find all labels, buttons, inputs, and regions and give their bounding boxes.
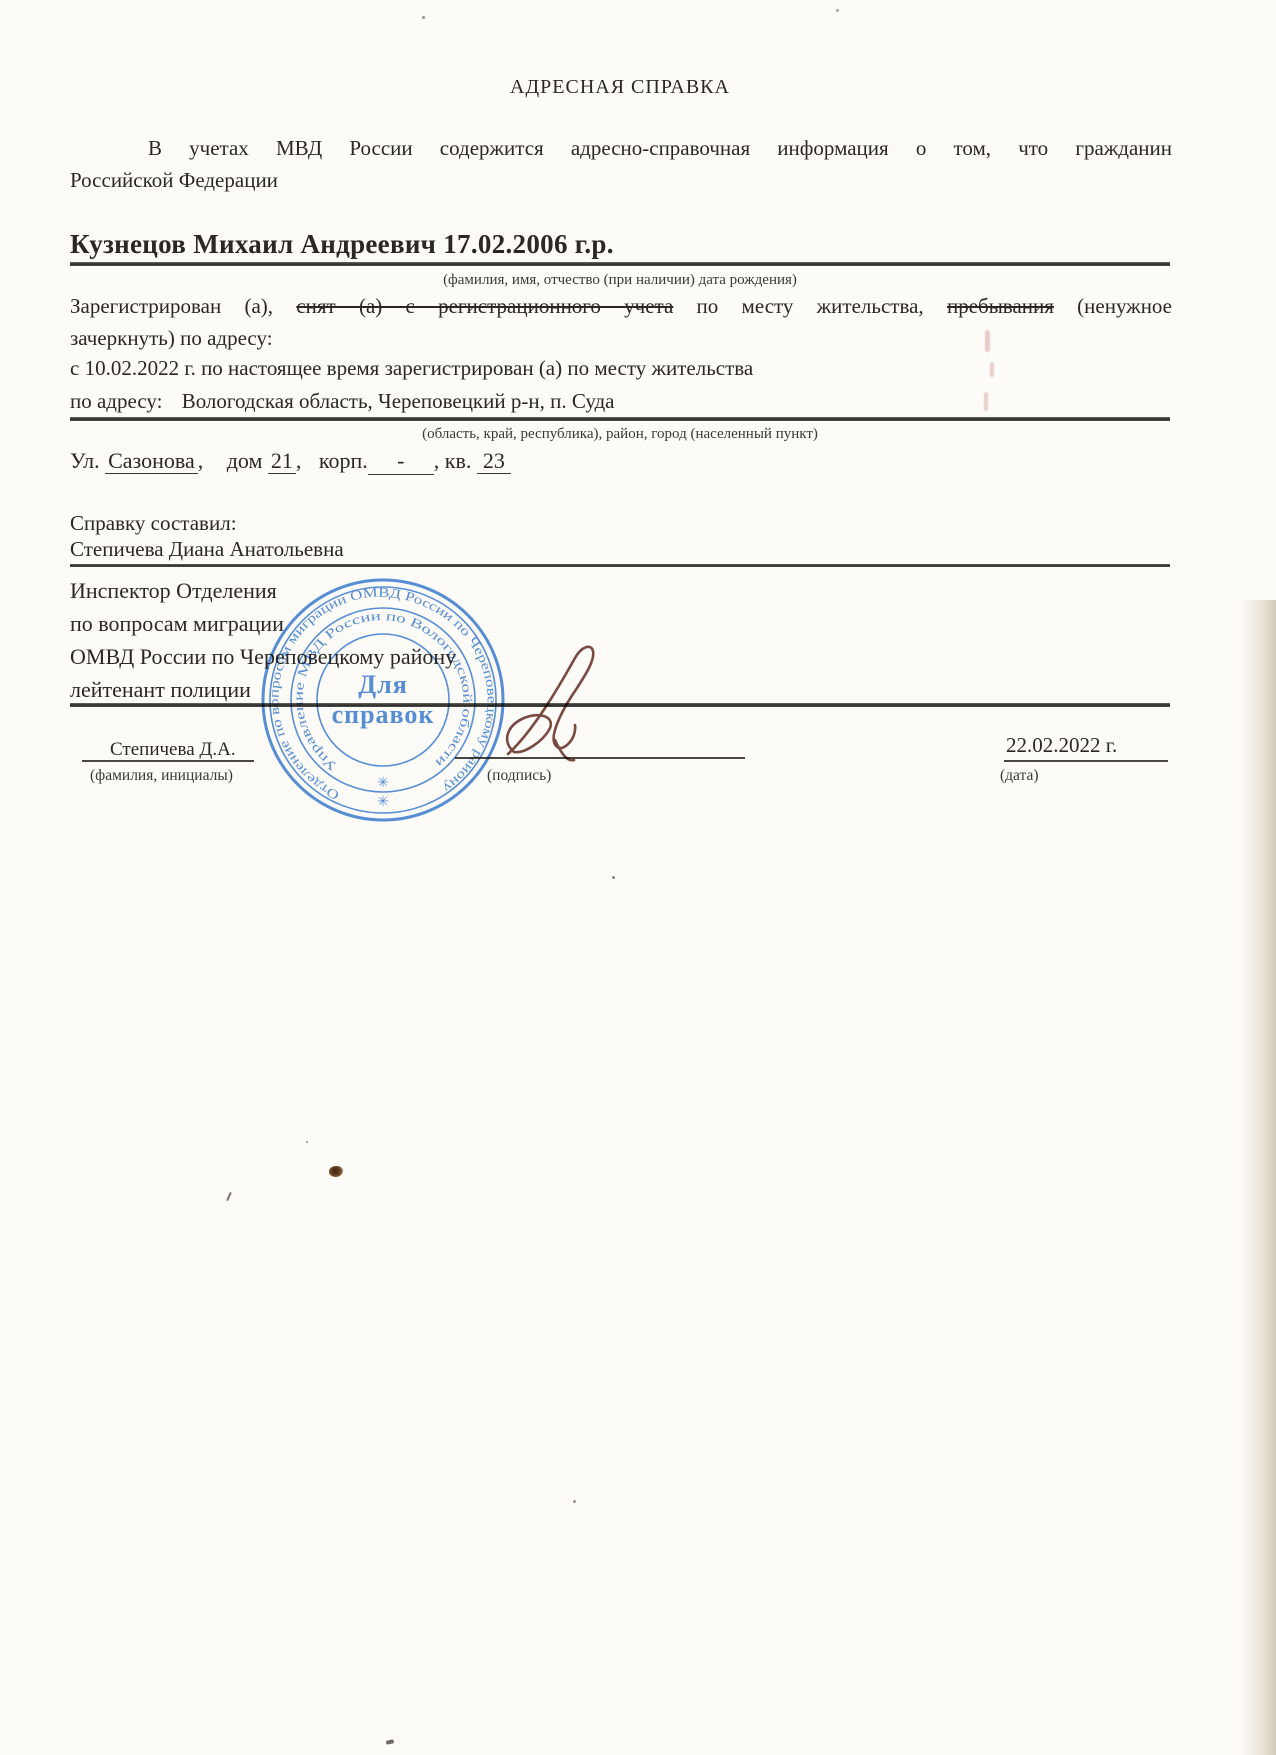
registration-address-line: по адресу: Вологодская область, Черепове… xyxy=(70,389,1172,414)
comma: , xyxy=(296,448,302,473)
reg-struck-stay: пребывания xyxy=(947,294,1054,318)
date-value: 22.02.2022 г. xyxy=(1006,733,1117,758)
composer-name: Степичева Диана Анатольевна xyxy=(70,537,1172,562)
flat-value: 23 xyxy=(477,448,511,474)
address-certificate-page: АДРЕСНАЯ СПРАВКА В учетах МВД России сод… xyxy=(0,0,1276,1755)
corp-value: - xyxy=(368,448,434,475)
street-label: Ул. xyxy=(70,448,100,473)
name-caption: (фамилия, имя, отчество (при наличии) да… xyxy=(70,272,1170,289)
official-round-stamp: Отделение по вопросам миграции ОМВД Росс… xyxy=(248,565,518,835)
comma: , xyxy=(198,448,204,473)
scan-artifact xyxy=(612,876,615,879)
rule-under-composer xyxy=(70,564,1170,567)
surname-underline xyxy=(82,760,254,762)
rule-under-name xyxy=(70,262,1170,266)
scanner-edge-shadow xyxy=(1240,600,1276,1755)
street-name-value: Сазонова xyxy=(105,448,198,474)
scan-artifact xyxy=(386,1739,395,1745)
registration-clause-line1: Зарегистрирован (а), снят (а) с регистра… xyxy=(70,294,1172,319)
address-label: по адресу: xyxy=(70,389,162,413)
scan-artifact xyxy=(990,362,994,377)
scan-artifact xyxy=(985,330,990,352)
registration-period-line: с 10.02.2022 г. по настоящее время зарег… xyxy=(70,356,1172,381)
person-name-line: Кузнецов Михаил Андреевич 17.02.2006 г.р… xyxy=(70,229,1172,260)
stamp-center-text-line1: Для xyxy=(358,670,408,699)
scan-artifact xyxy=(306,1141,308,1143)
scan-artifact xyxy=(329,1166,343,1177)
scan-artifact xyxy=(573,1500,576,1503)
rule-under-address xyxy=(70,417,1170,421)
reg-struck-removed: снят (а) с регистрационного учета xyxy=(296,294,673,318)
stamp-asterisk-icon: ✳ xyxy=(377,795,389,810)
surname-caption: (фамилия, инициалы) xyxy=(90,767,233,785)
intro-paragraph-line2: Российской Федерации xyxy=(70,168,1172,193)
reg-part3: (ненужное xyxy=(1054,294,1172,318)
stamp-center-text-line2: справок xyxy=(332,700,435,729)
house-label: дом xyxy=(227,448,263,473)
stamp-asterisk-icon: ✳ xyxy=(377,776,389,791)
address-caption: (область, край, республика), район, горо… xyxy=(70,426,1170,443)
house-value: 21 xyxy=(268,448,296,474)
date-underline xyxy=(1004,760,1168,762)
document-title: АДРЕСНАЯ СПРАВКА xyxy=(70,76,1170,99)
intro-paragraph-line1: В учетах МВД России содержится адресно-с… xyxy=(70,136,1172,161)
corp-label: корп. xyxy=(319,448,368,473)
registration-clause-line2: зачеркнуть) по адресу: xyxy=(70,326,1172,351)
signer-surname: Степичева Д.А. xyxy=(110,739,236,761)
scan-artifact xyxy=(836,9,839,12)
scan-artifact xyxy=(226,1192,231,1201)
scan-artifact xyxy=(422,16,425,19)
composed-by-label: Справку составил: xyxy=(70,511,1172,536)
reg-part1: Зарегистрирован (а), xyxy=(70,294,296,318)
rule-under-position xyxy=(70,703,1170,707)
flat-label: , кв. xyxy=(434,448,472,473)
address-value: Вологодская область, Череповецкий р-н, п… xyxy=(182,389,615,413)
street-line: Ул. Сазонова, дом 21, корп.-, кв. 23 xyxy=(70,448,511,475)
date-caption: (дата) xyxy=(1000,767,1039,785)
reg-part2: по месту жительства, xyxy=(673,294,947,318)
scan-artifact xyxy=(984,392,988,411)
